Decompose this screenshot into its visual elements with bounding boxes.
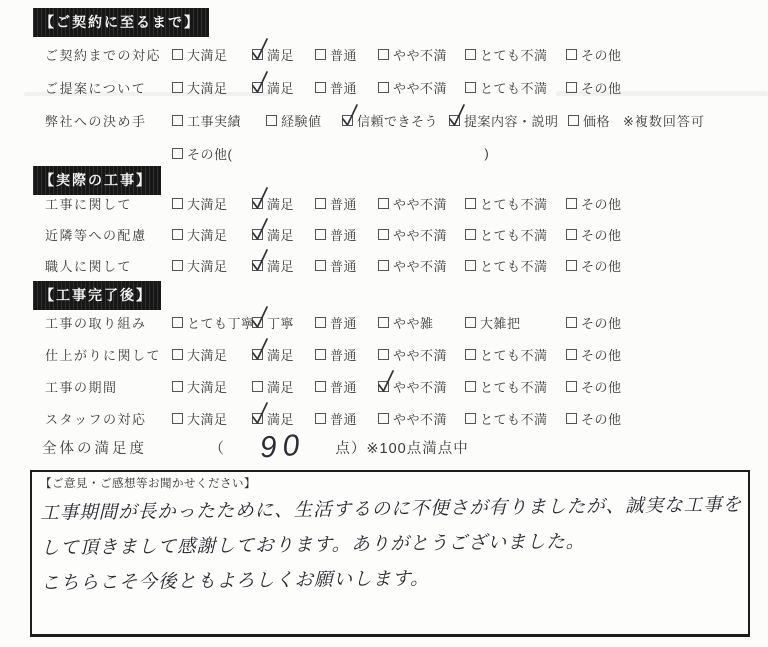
checkbox-option: その他 [566,225,622,244]
checkbox-label: 満足 [267,45,294,64]
score-suffix: 点）※100点満点中 [335,437,468,458]
check-mark-icon [250,36,270,62]
check-mark-icon [376,368,396,394]
checkbox [378,198,389,209]
checkbox-label: とても不満 [480,194,548,213]
checkbox [465,349,476,360]
checkbox [378,229,389,240]
checkbox-option: その他 [566,345,622,364]
checkbox-option: 大雑把 [465,313,566,332]
checkbox-label: 大満足 [187,194,228,213]
checkbox [566,381,577,392]
checkbox [252,317,263,328]
checkbox [378,381,389,392]
checkbox-label: 普通 [330,256,357,275]
checkbox [566,260,577,271]
checkbox-label: とても不満 [480,409,548,428]
check-mark-icon [250,185,270,211]
checkbox-label: とても不満 [480,345,548,364]
checkbox [172,148,183,159]
row-label: 弊社への決め手 [45,111,172,130]
checkbox [465,317,476,328]
checkbox-option: 丁寧 [252,313,315,332]
checkbox-label: その他 [581,313,622,332]
checkbox [315,381,326,392]
checkbox-label: やや不満 [393,377,447,396]
checkbox [172,49,183,60]
checkbox-option: とても不満 [465,194,566,213]
checkbox-option: 満足 [252,194,315,213]
checkbox-option: 普通 [315,194,378,213]
checkbox [566,229,577,240]
checkbox-label: その他 [581,194,622,213]
checkbox-label: 満足 [267,377,294,396]
checkbox [378,413,389,424]
checkbox [315,229,326,240]
comment-line: こちらこそ今後ともよろしくお願いします。 [41,556,741,600]
checkbox-label: 大満足 [187,45,228,64]
checkbox-label: 普通 [330,377,357,396]
check-mark-icon [250,247,270,273]
checkbox-label: その他( [187,144,232,163]
checkbox [465,413,476,424]
checkbox-option: 大満足 [172,194,252,213]
row-label: ご提案について [45,78,172,97]
overall-label: 全体の満足度 [42,437,147,458]
checkbox-option: やや雑 [378,313,465,332]
checkbox-option: 大満足 [172,256,252,275]
row-label: 工事に関して [45,194,172,213]
overall-satisfaction-row: 全体の満足度 （ 90 点）※100点満点中 [42,430,469,464]
checkbox-option: 大満足 [172,377,252,396]
row-label: 職人に関して [45,256,172,275]
checkbox-label: とても不満 [480,256,548,275]
checkbox [566,49,577,60]
checkbox-option: その他 [566,194,622,213]
checkbox-label: 大満足 [187,409,228,428]
checkbox-option: とても不満 [465,225,566,244]
checkbox-label: その他 [581,45,622,64]
checkbox-label: 提案内容・説明 [464,111,559,130]
checkbox-option: 満足 [252,345,315,364]
checkbox [172,115,183,126]
checkbox-label: とても不満 [480,377,548,396]
checkbox [315,82,326,93]
row-label: 工事の取り組み [45,313,172,332]
checkbox-option: やや不満 [378,194,465,213]
checkbox-label: 普通 [330,225,357,244]
row-label: 工事の期間 [45,377,172,396]
checkbox-label: やや不満 [393,345,447,364]
checkbox [566,413,577,424]
survey-row: ご契約までの対応 大満足 満足 普通 やや不満 とても不満 その他 [45,38,758,71]
checkbox-label: やや不満 [393,45,447,64]
checkbox [566,349,577,360]
checkbox [172,260,183,271]
checkbox [566,82,577,93]
checkbox [172,229,183,240]
checkbox-option: 工事実績 [172,111,266,130]
checkbox [465,82,476,93]
checkbox-option: やや不満 [378,256,465,275]
row-label: スタッフの対応 [45,409,172,428]
checkbox-option: その他 [566,256,622,275]
checkbox-option: 大満足 [172,345,252,364]
checkbox [252,260,263,271]
checkbox [172,317,183,328]
open-paren: （ [209,437,224,458]
multiple-answers-note: ※複数回答可 [623,111,705,130]
checkbox-label: やや不満 [393,256,447,275]
checkbox [378,49,389,60]
checkbox-option: 大満足 [172,45,252,64]
checkbox [378,317,389,328]
checkbox [252,49,263,60]
check-mark-icon [250,400,270,426]
checkbox [566,317,577,328]
checkbox-option: 普通 [315,78,378,97]
checkbox-label: とても不満 [480,78,548,97]
check-mark-icon [250,69,270,95]
checkbox [252,413,263,424]
checkbox-label: 普通 [330,313,357,332]
checkbox [465,198,476,209]
checkbox-option: とても不満 [465,256,566,275]
row-label: 仕上がりに関して [45,345,172,364]
checkbox-option: その他 [566,78,622,97]
row-label: ご契約までの対応 [45,45,172,64]
checkbox-label: 満足 [267,256,294,275]
checkbox-label: やや雑 [393,313,434,332]
checkbox-option: その他 [566,313,622,332]
survey-row: ご提案について 大満足 満足 普通 やや不満 とても不満 その他 [45,71,758,104]
checkbox [315,413,326,424]
checkbox [315,198,326,209]
row-label: 近隣等への配慮 [45,225,172,244]
checkbox-label: 丁寧 [267,313,294,332]
checkbox [465,229,476,240]
closing-paren: ) [484,146,488,161]
checkbox [378,260,389,271]
checkbox-label: 普通 [330,194,357,213]
checkbox-option: やや不満 [378,45,465,64]
checkbox-option: とても不満 [465,377,566,396]
checkbox [568,115,579,126]
checkbox-label: 満足 [267,194,294,213]
checkbox-label: その他 [581,409,622,428]
checkbox-option: とても不満 [465,345,566,364]
checkbox-option: 信頼できそう [342,111,449,130]
checkbox-option: 満足 [252,45,315,64]
checkbox-label: その他 [581,78,622,97]
checkbox [172,381,183,392]
checkbox [172,198,183,209]
section-header-contract: 【ご契約に至るまで】 [33,8,209,37]
checkbox-label: とても不満 [480,45,548,64]
checkbox-option: 提案内容・説明 [449,111,568,130]
checkbox-label: その他 [581,256,622,275]
checkbox-label: とても丁寧 [187,313,255,332]
survey-row: 工事の取り組み とても丁寧 丁寧 普通 やや雑 大雑把 その他 [45,306,758,338]
checkbox-option: 普通 [315,345,378,364]
checkbox-label: 満足 [267,345,294,364]
checkbox-option: やや不満 [378,78,465,97]
checkbox-option: とても丁寧 [172,313,252,332]
checkbox-label: 信頼できそう [357,111,438,130]
checkbox-option: やや不満 [378,377,465,396]
checkbox-label: 満足 [267,409,294,428]
checkbox-label: やや不満 [393,194,447,213]
checkbox [252,349,263,360]
checkbox [172,82,183,93]
checkbox-label: 普通 [330,409,357,428]
checkbox-option: 満足 [252,225,315,244]
checkbox-label: やや不満 [393,225,447,244]
check-mark-icon [447,102,467,128]
checkbox-label: 満足 [267,78,294,97]
checkbox-option: やや不満 [378,225,465,244]
checkbox-label: 大満足 [187,377,228,396]
checkbox [465,381,476,392]
checkbox [465,49,476,60]
checkbox [315,349,326,360]
checkbox [315,317,326,328]
checkbox [315,49,326,60]
checkbox [252,198,263,209]
checkbox-label: やや不満 [393,78,447,97]
checkbox-option: 満足 [252,78,315,97]
checkbox [172,349,183,360]
checkbox-label: やや不満 [393,409,447,428]
checkbox-option: やや不満 [378,409,465,428]
checkbox-option: 価格 [568,111,623,130]
scanned-survey-form: 【ご契約に至るまで】 ご契約までの対応 大満足 満足 普通 やや不満 とても不満… [0,0,768,647]
section-contract-rows: ご契約までの対応 大満足 満足 普通 やや不満 とても不満 その他 ご提案につい… [45,38,758,170]
survey-row-deciding-factor: 弊社への決め手 工事実績 経験値 信頼できそう 提案内容・説明 価格 ※複数回答… [45,104,758,137]
checkbox [266,115,277,126]
checkbox-label: その他 [581,345,622,364]
check-mark-icon [250,216,270,242]
checkbox [378,349,389,360]
checkbox-label: 満足 [267,225,294,244]
checkbox-option: 大満足 [172,225,252,244]
checkbox-label: 大満足 [187,345,228,364]
survey-row: 工事に関して 大満足 満足 普通 やや不満 とても不満 その他 [45,188,758,219]
checkbox-option: 大満足 [172,78,252,97]
checkbox-option: 満足 [252,377,315,396]
comment-box: 【ご意見・ご感想等お聞かせください】 工事期間が長かったために、生活するのに不便… [30,470,750,637]
checkbox [566,198,577,209]
checkbox-label: 大雑把 [480,313,521,332]
checkbox-label: 普通 [330,78,357,97]
survey-row: 近隣等への配慮 大満足 満足 普通 やや不満 とても不満 その他 [45,219,758,250]
checkbox-label: とても不満 [480,225,548,244]
checkbox-label: 大満足 [187,78,228,97]
checkbox [315,260,326,271]
checkbox-option: その他 [566,409,622,428]
check-mark-icon [340,102,360,128]
checkbox-label: 大満足 [187,256,228,275]
check-mark-icon [250,304,270,330]
section-actual-work-rows: 工事に関して 大満足 満足 普通 やや不満 とても不満 その他 近隣等への配慮 … [45,188,758,281]
checkbox-option: 満足 [252,256,315,275]
checkbox-option: 普通 [315,256,378,275]
checkbox-option: その他 [566,45,622,64]
survey-row: 工事の期間 大満足 満足 普通 やや不満 とても不満 その他 [45,370,758,402]
checkbox-option: とても不満 [465,45,566,64]
check-mark-icon [250,336,270,362]
checkbox-label: その他 [581,225,622,244]
handwritten-score: 90 [259,428,307,465]
checkbox-label: 普通 [330,345,357,364]
checkbox [252,82,263,93]
checkbox-option: 経験値 [266,111,342,130]
checkbox [449,115,460,126]
checkbox-option: その他 [566,377,622,396]
survey-row: 職人に関して 大満足 満足 普通 やや不満 とても不満 その他 [45,250,758,281]
survey-row: 仕上がりに関して 大満足 満足 普通 やや不満 とても不満 その他 [45,338,758,370]
section-after-completion-rows: 工事の取り組み とても丁寧 丁寧 普通 やや雑 大雑把 その他 仕上がりに関して… [45,306,758,434]
checkbox [465,260,476,271]
checkbox [378,82,389,93]
checkbox-option: 普通 [315,45,378,64]
checkbox [252,229,263,240]
handwritten-comment: 工事期間が長かったために、生活するのに不便さが有りましたが、誠実な工事を して頂… [40,486,741,600]
checkbox-label: 普通 [330,45,357,64]
checkbox-option: 普通 [315,225,378,244]
checkbox [342,115,353,126]
checkbox-option: その他( [172,144,232,163]
checkbox-option: とても不満 [465,78,566,97]
checkbox [172,413,183,424]
checkbox [252,381,263,392]
checkbox-option: 大満足 [172,409,252,428]
checkbox-label: 経験値 [281,111,322,130]
checkbox-label: 大満足 [187,225,228,244]
checkbox-label: その他 [581,377,622,396]
checkbox-option: とても不満 [465,409,566,428]
checkbox-option: 普通 [315,409,378,428]
checkbox-option: 満足 [252,409,315,428]
checkbox-label: 価格 [583,111,610,130]
checkbox-option: 普通 [315,377,378,396]
checkbox-label: 工事実績 [187,111,241,130]
checkbox-option: 普通 [315,313,378,332]
checkbox-option: やや不満 [378,345,465,364]
